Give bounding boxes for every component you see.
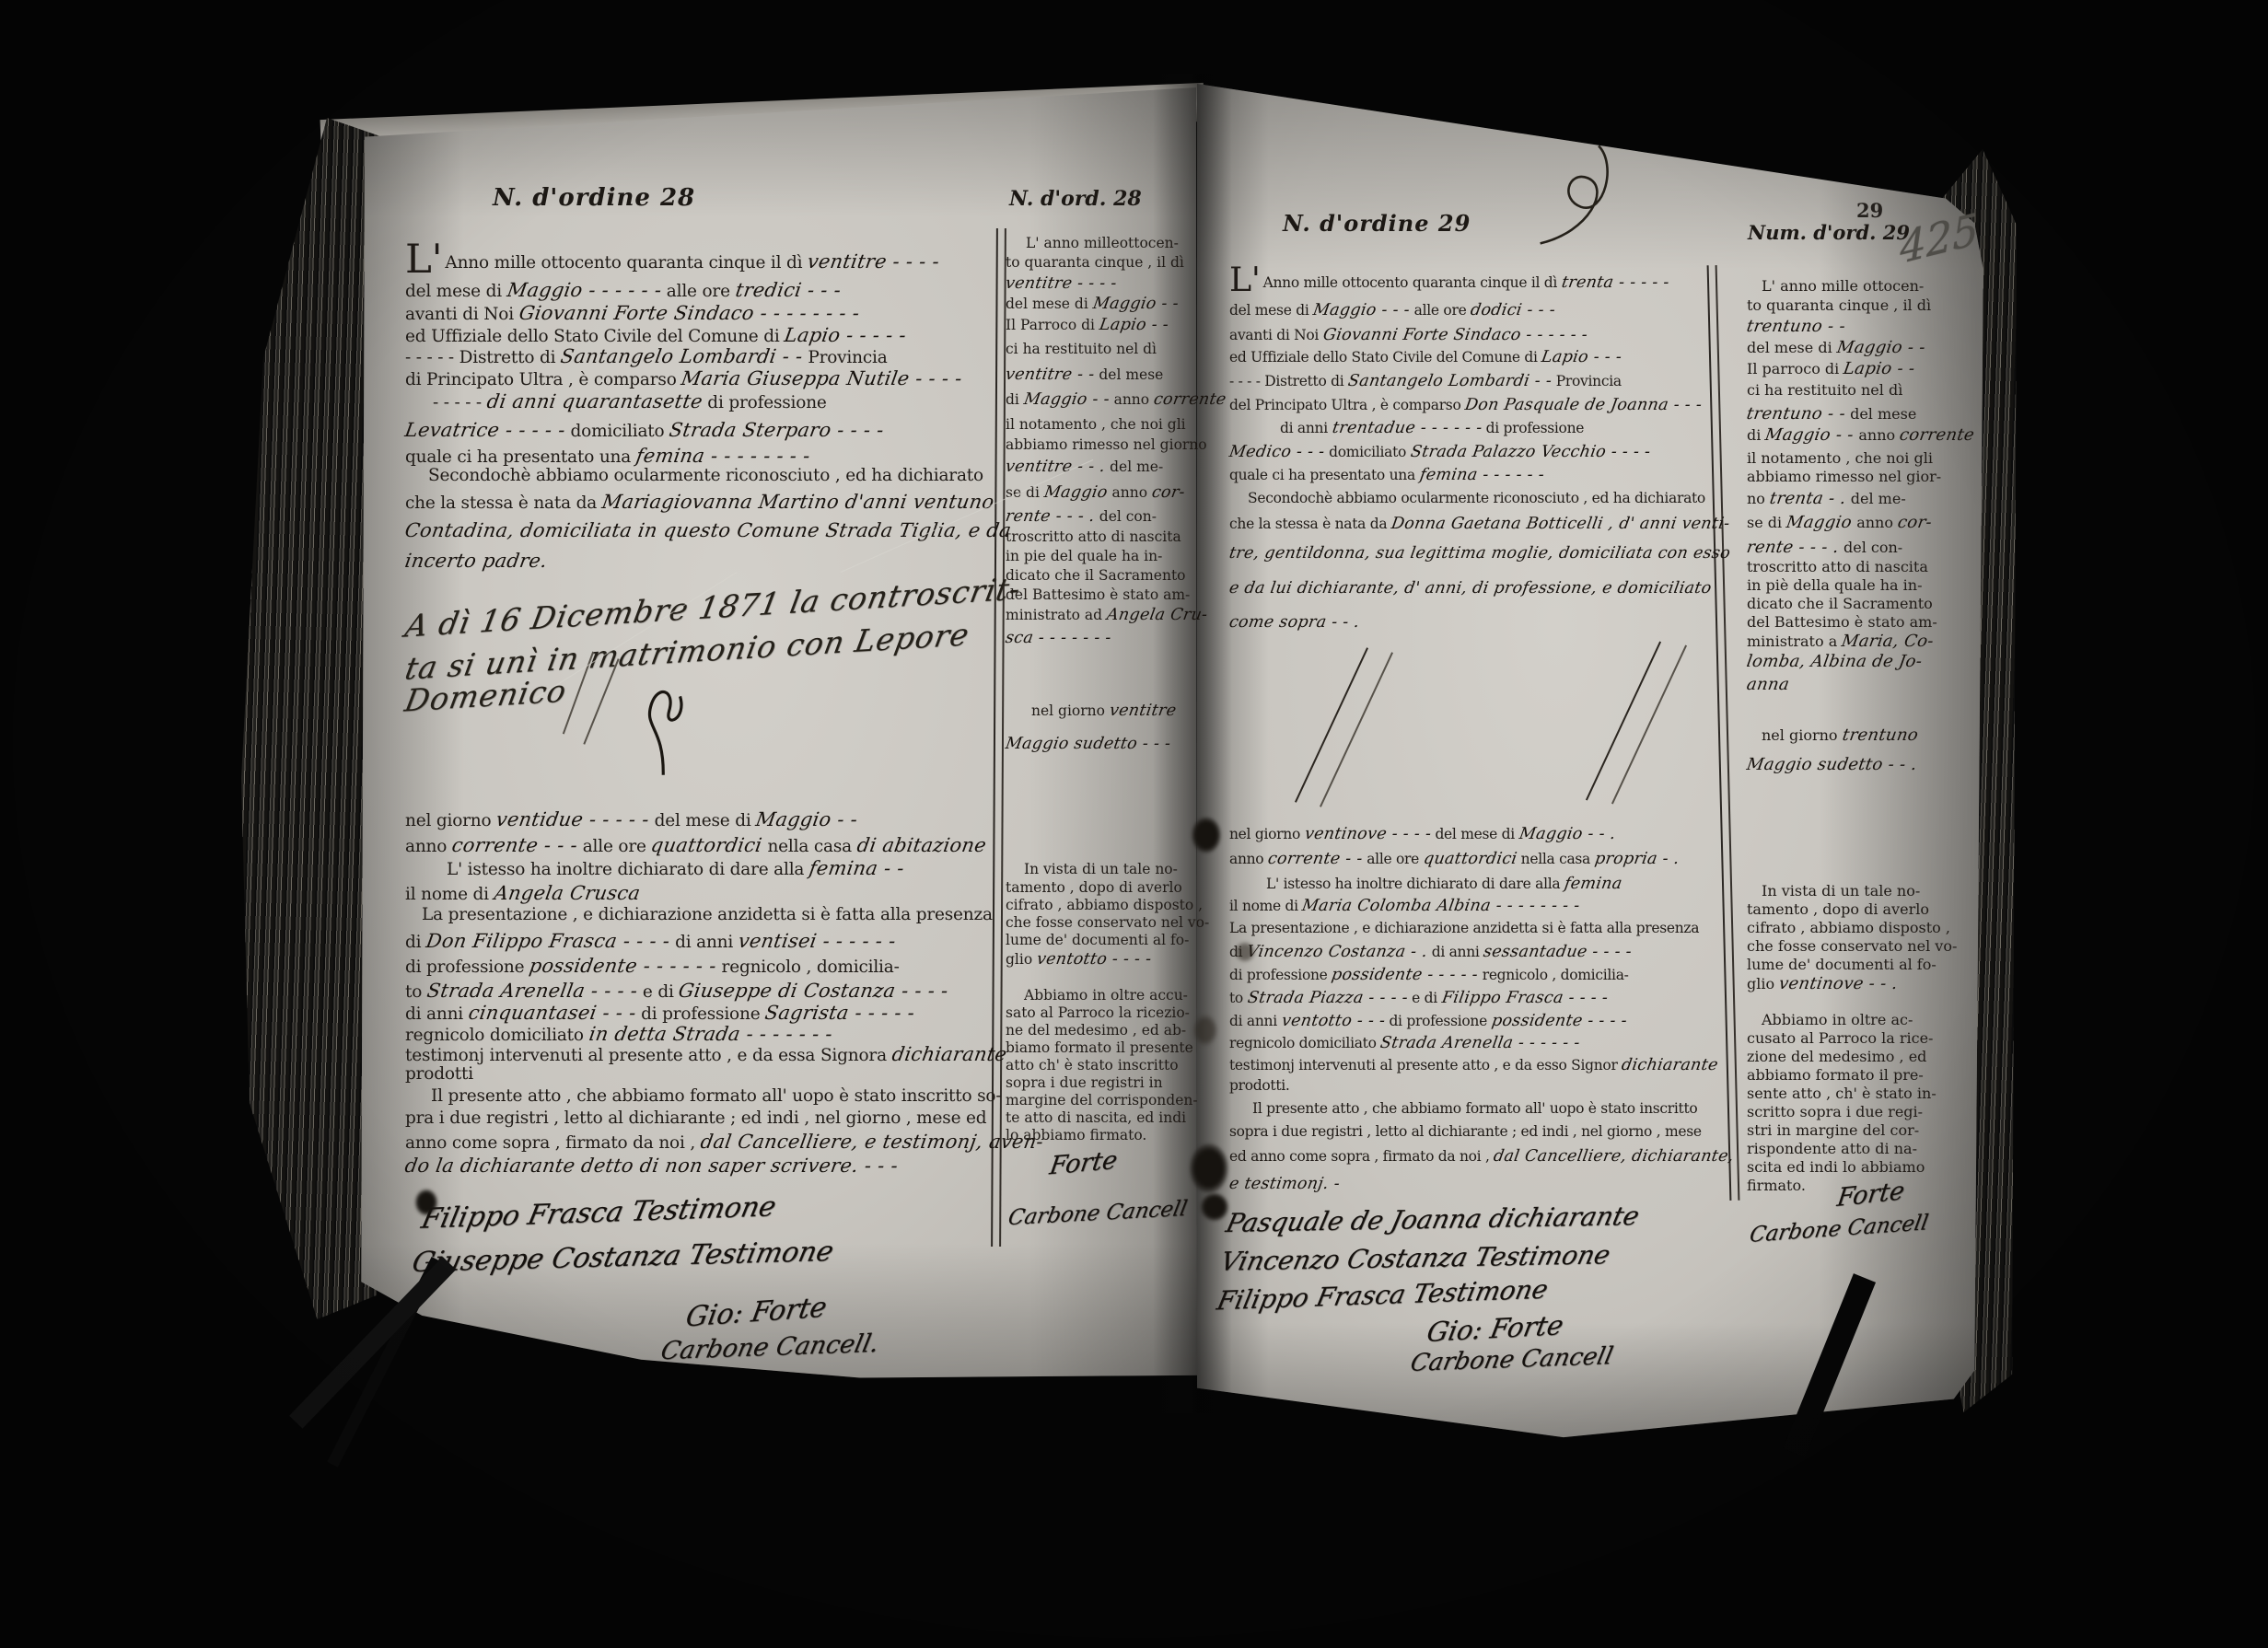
text-line: che fosse conservato nel vo- <box>1747 937 1957 955</box>
text-line: regnicolo domiciliato Strada Arenella - … <box>1229 1034 1580 1052</box>
text-line: biamo formato il presente <box>1006 1039 1193 1056</box>
text-line: Levatrice - - - - - domiciliato Strada S… <box>405 419 884 441</box>
text-line: il notamento , che noi gli <box>1006 416 1186 433</box>
text-line: di anni cinquantasei - - - di profession… <box>405 1002 914 1024</box>
act-28-margin-column: L' anno milleottocen-to quaranta cinque … <box>1006 0 1190 1648</box>
text-line: anno come sopra , firmato da noi , dal C… <box>405 1131 1043 1153</box>
text-line: Il Parroco di Lapio - - <box>1006 316 1169 334</box>
text-line: cifrato , abbiamo disposto , <box>1006 897 1203 913</box>
text-line: ne del medesimo , ed ab- <box>1006 1022 1186 1039</box>
text-line: rispondente atto di na- <box>1747 1140 1917 1157</box>
text-line: rente - - - . del con- <box>1006 507 1157 526</box>
text-line: stri in margine del cor- <box>1747 1121 1919 1139</box>
text-line: L' anno milleottocen- <box>1026 235 1179 251</box>
text-line: ventitre - - . del me- <box>1006 458 1163 476</box>
text-line: tamento , dopo di averlo <box>1747 900 1929 918</box>
text-line: testimonj intervenuti al presente atto ,… <box>1229 1056 1718 1074</box>
text-line: troscritto atto di nascita <box>1006 528 1181 545</box>
text-line: cusato al Parroco la rice- <box>1747 1029 1933 1047</box>
text-line: to quaranta cinque , il dì <box>1006 254 1184 271</box>
text-line: di professione possidente - - - - - - re… <box>405 955 900 977</box>
text-line: anna <box>1747 675 1789 694</box>
text-line: di anni ventotto - - - di professione po… <box>1229 1012 1626 1030</box>
text-line: cifrato , abbiamo disposto , <box>1747 919 1950 936</box>
text-line: nel giorno ventitre <box>1031 702 1176 720</box>
text-line: Il presente atto , che abbiamo formato a… <box>431 1086 1001 1106</box>
ink-stain <box>1195 1188 1234 1226</box>
text-line: L'Anno mille ottocento quaranta cinque i… <box>1229 273 1669 292</box>
text-line: ed Uffiziale dello Stato Civile del Comu… <box>405 324 906 346</box>
text-line: prodotti. <box>1229 1077 1290 1094</box>
text-line: to Strada Piazza - - - - e di Filippo Fr… <box>1229 989 1608 1007</box>
text-line: nel giorno trentuno <box>1762 725 1918 745</box>
text-line: che la stessa è nata da Mariagiovanna Ma… <box>405 491 994 513</box>
text-line: abbiamo rimesso nel giorno <box>1006 436 1207 453</box>
text-line: tamento , dopo di averlo <box>1006 879 1182 896</box>
text-line: il nome di Maria Colomba Albina - - - - … <box>1229 897 1580 915</box>
text-line: nel giorno ventidue - - - - - del mese d… <box>405 808 858 830</box>
text-line: L' anno mille ottocen- <box>1762 277 1924 295</box>
text-line: troscritto atto di nascita <box>1747 558 1928 575</box>
text-line: Secondochè abbiamo ocularmente riconosci… <box>1248 490 1705 506</box>
text-line: trentuno - - <box>1747 317 1845 336</box>
text-line: dicato che il Sacramento <box>1006 567 1186 584</box>
text-line: Il parroco di Lapio - - <box>1747 359 1915 378</box>
text-line: del Battesimo è stato am- <box>1006 586 1190 603</box>
text-line: avanti di Noi Giovanni Forte Sindaco - -… <box>405 302 859 324</box>
text-line: e da lui dichiarante, d' anni, di profes… <box>1229 579 1712 598</box>
text-line: ci ha restituito nel dì <box>1006 341 1157 357</box>
text-line: quale ci ha presentato una femina - - - … <box>1229 466 1544 484</box>
text-line: ed Uffiziale dello Stato Civile del Comu… <box>1229 348 1622 366</box>
text-line: firmato. <box>1747 1177 1806 1194</box>
registry-book-photo: N. d'ordine 28 N. d'ord. 28 N. d'ordine … <box>0 0 2268 1648</box>
text-line: ventitre - - - - <box>1006 274 1117 293</box>
text-line: nel giorno ventinove - - - - del mese di… <box>1229 825 1615 843</box>
text-line: abbiamo formato il pre- <box>1747 1066 1924 1084</box>
text-line: di Don Filippo Frasca - - - - di anni ve… <box>405 930 895 952</box>
text-line: to quaranta cinque , il dì <box>1747 296 1931 314</box>
text-line: lomba, Albina de Jo- <box>1747 652 1922 671</box>
text-line: La presentazione , e dichiarazione anzid… <box>1229 920 1699 936</box>
text-line: L'Anno mille ottocento quaranta cinque i… <box>405 250 939 273</box>
text-line: del mese di Maggio - - - - - - alle ore … <box>405 279 841 301</box>
text-line: La presentazione , e dichiarazione anzid… <box>422 905 993 924</box>
text-line: te atto di nascita, ed indi <box>1006 1109 1186 1126</box>
text-line: il nome di Angela Crusca <box>405 882 640 904</box>
ink-stain <box>1188 1008 1223 1052</box>
text-line: - - - - - Distretto di Santangelo Lombar… <box>405 345 888 367</box>
act-29-margin-column: L' anno mille ottocen-to quaranta cinque… <box>1747 0 1954 1648</box>
text-line: sato al Parroco la ricezio- <box>1006 1004 1190 1021</box>
text-line: sente atto , ch' è stato in- <box>1747 1085 1937 1102</box>
text-line: trentuno - - del mese <box>1747 404 1916 424</box>
text-line: che fosse conservato nel vo- <box>1006 914 1209 931</box>
text-line: rente - - - . del con- <box>1747 538 1902 557</box>
text-line: glio ventotto - - - - <box>1006 950 1152 969</box>
text-line: Abbiamo in oltre accu- <box>1024 987 1188 1004</box>
text-line: se di Maggio anno cor- <box>1747 513 1932 532</box>
text-line: di professione possidente - - - - - regn… <box>1229 966 1629 984</box>
text-line: incerto padre. <box>405 550 547 572</box>
text-line: e testimonj. - <box>1229 1175 1340 1193</box>
text-line: zione del medesimo , ed <box>1747 1048 1926 1065</box>
text-line: scita ed indi lo abbiamo <box>1747 1158 1925 1176</box>
ink-stain <box>411 1184 442 1221</box>
text-line: avanti di Noi Giovanni Forte Sindaco - -… <box>1229 326 1588 344</box>
text-line: del mese di Maggio - - <box>1747 338 1925 357</box>
paraph-flourish-icon <box>596 665 721 790</box>
text-line: glio ventinove - - . <box>1747 974 1898 993</box>
text-line: In vista di un tale no- <box>1762 882 1920 899</box>
text-line: del mese di Maggio - - <box>1006 295 1179 313</box>
text-line: atto ch' è stato inscritto <box>1006 1057 1179 1074</box>
text-line: lume de' documenti al fo- <box>1747 956 1937 973</box>
text-line: del Battesimo è stato am- <box>1747 613 1937 631</box>
text-line: sca - - - - - - - <box>1006 629 1111 647</box>
text-line: prodotti <box>405 1064 473 1084</box>
text-line: Maggio sudetto - - - <box>1006 735 1170 753</box>
text-line: anno corrente - - alle ore quattordici n… <box>1229 850 1679 868</box>
ink-stain <box>1230 937 1260 967</box>
text-line: Contadina, domiciliata in questo Comune … <box>405 519 1011 541</box>
text-line: quale ci ha presentato una femina - - - … <box>405 445 809 467</box>
text-line: abbiamo rimesso nel gior- <box>1747 468 1941 485</box>
text-line: anno corrente - - - alle ore quattordici… <box>405 834 986 856</box>
text-line: L' istesso ha inoltre dichiarato di dare… <box>1266 875 1622 893</box>
text-line: di Maggio - - anno corrente <box>1747 425 1974 445</box>
text-line: in piè della quale ha in- <box>1747 576 1923 594</box>
text-line: di Maggio - - anno corrente <box>1006 390 1227 409</box>
text-line: - - - - - di anni quarantasette di profe… <box>433 390 827 412</box>
text-line: come sopra - - . <box>1229 613 1359 632</box>
text-line: ed anno come sopra , firmato da noi , da… <box>1229 1147 1734 1166</box>
page-stack-edge-left <box>241 118 379 1319</box>
act-28-main-column: L'Anno mille ottocento quaranta cinque i… <box>405 0 999 1648</box>
text-line: lume de' documenti al fo- <box>1006 932 1189 948</box>
text-line: Maggio sudetto - - . <box>1747 755 1917 774</box>
text-line: ventitre - - del mese <box>1006 366 1163 384</box>
text-line: in pie del quale ha in- <box>1006 548 1162 564</box>
paraph-flourish-icon <box>1521 124 1627 272</box>
text-line: che la stessa è nata da Donna Gaetana Bo… <box>1229 515 1729 533</box>
text-line: sopra i due registri , letto al dichiara… <box>1229 1123 1702 1140</box>
text-line: ministrato ad Angela Cru- <box>1006 606 1207 624</box>
text-line: - - - - Distretto di Santangelo Lombardi… <box>1229 372 1622 390</box>
text-line: Il presente atto , che abbiamo formato a… <box>1252 1100 1697 1117</box>
text-line: pra i due registri , letto al dichiarant… <box>405 1108 986 1128</box>
text-line: margine del corrisponden- <box>1006 1092 1198 1108</box>
text-line: sopra i due registri in <box>1006 1074 1163 1091</box>
text-line: Secondochè abbiamo ocularmente riconosci… <box>428 466 983 485</box>
text-line: do la dichiarante detto di non saper scr… <box>405 1155 898 1177</box>
text-line: di Principato Ultra , è comparso Maria G… <box>405 367 962 389</box>
text-line: di Vincenzo Costanza - . di anni sessant… <box>1229 943 1632 961</box>
text-line: regnicolo domiciliato in detta Strada - … <box>405 1023 832 1045</box>
text-line: In vista di un tale no- <box>1024 861 1178 877</box>
text-line: il notamento , che noi gli <box>1747 449 1933 467</box>
text-line: testimonj intervenuti al presente atto ,… <box>405 1043 1006 1065</box>
text-line: dicato che il Sacramento <box>1747 595 1933 612</box>
text-line: ministrato a Maria, Co- <box>1747 632 1934 651</box>
text-line: Abbiamo in oltre ac- <box>1762 1011 1913 1028</box>
text-line: L' istesso ha inoltre dichiarato di dare… <box>447 857 904 879</box>
text-line: ci ha restituito nel dì <box>1747 381 1902 399</box>
text-line: del Principato Ultra , è comparso Don Pa… <box>1229 396 1702 414</box>
text-line: di anni trentadue - - - - - - di profess… <box>1280 419 1584 437</box>
text-line: lo abbiamo firmato. <box>1006 1127 1146 1143</box>
text-line: Medico - - - domiciliato Strada Palazzo … <box>1229 443 1650 461</box>
text-line: no trenta - . del me- <box>1747 489 1906 508</box>
text-line: del mese di Maggio - - - alle ore dodici… <box>1229 301 1555 319</box>
text-line: scritto sopra i due regi- <box>1747 1103 1923 1120</box>
ink-stain <box>1186 810 1227 860</box>
act-29-main-column: L'Anno mille ottocento quaranta cinque i… <box>1229 0 1708 1648</box>
text-line: to Strada Arenella - - - - e di Giuseppe… <box>405 980 948 1002</box>
text-line: tre, gentildonna, sua legittima moglie, … <box>1229 544 1730 563</box>
